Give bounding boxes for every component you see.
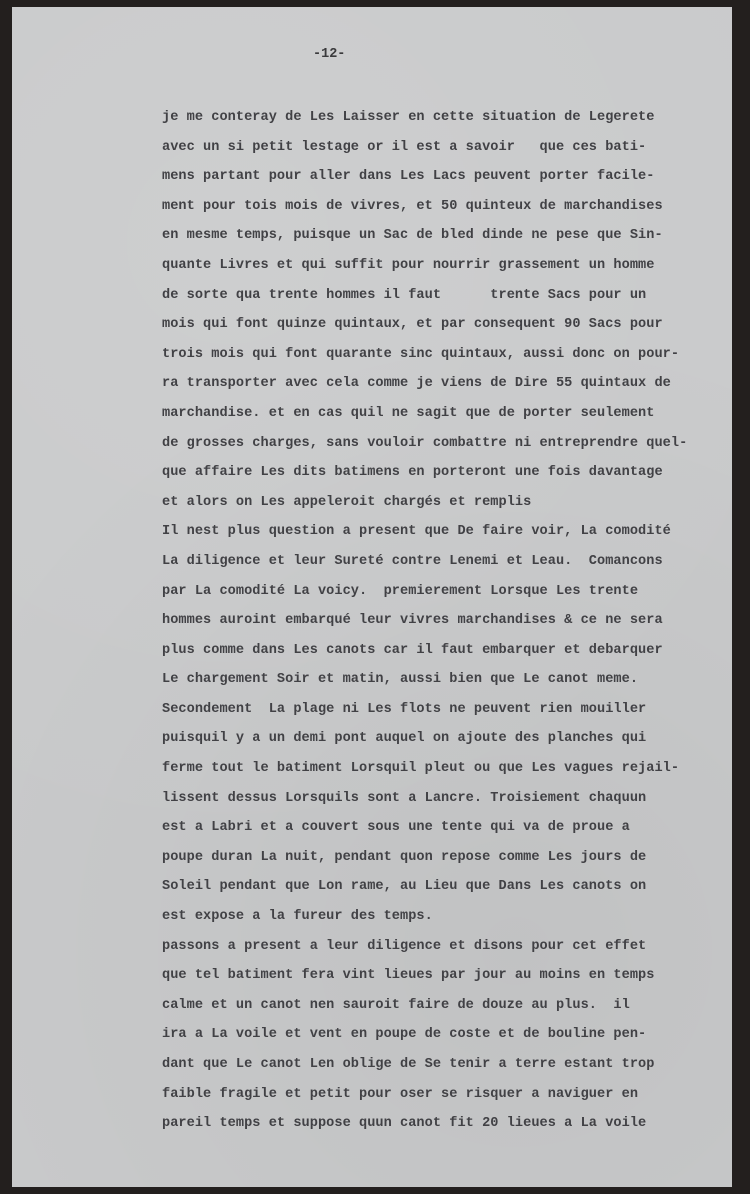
text-line: Il nest plus question a present que De f…	[162, 522, 732, 552]
text-line: lissent dessus Lorsquils sont a Lancre. …	[162, 789, 732, 819]
text-line: quante Livres et qui suffit pour nourrir…	[162, 256, 732, 286]
text-line: est a Labri et a couvert sous une tente …	[162, 818, 732, 848]
text-line: poupe duran La nuit, pendant quon repose…	[162, 848, 732, 878]
text-line: La diligence et leur Sureté contre Lenem…	[162, 552, 732, 582]
bleed-through-mark: ​	[281, 37, 283, 77]
text-line: passons a present a leur diligence et di…	[162, 937, 732, 967]
text-line: faible fragile et petit pour oser se ris…	[162, 1085, 732, 1115]
text-line: hommes auroint embarqué leur vivres marc…	[162, 611, 732, 641]
text-line: que affaire Les dits batimens en portero…	[162, 463, 732, 493]
text-line: ment pour tois mois de vivres, et 50 qui…	[162, 197, 732, 227]
text-line: mens partant pour aller dans Les Lacs pe…	[162, 167, 732, 197]
text-line: Le chargement Soir et matin, aussi bien …	[162, 670, 732, 700]
text-line: trois mois qui font quarante sinc quinta…	[162, 345, 732, 375]
text-line: Secondement La plage ni Les flots ne peu…	[162, 700, 732, 730]
text-line: puisquil y a un demi pont auquel on ajou…	[162, 729, 732, 759]
text-line: plus comme dans Les canots car il faut e…	[162, 641, 732, 671]
text-line: pareil temps et suppose quun canot fit 2…	[162, 1114, 732, 1144]
text-line: que tel batiment fera vint lieues par jo…	[162, 966, 732, 996]
text-line: par La comodité La voicy. premierement L…	[162, 582, 732, 612]
text-line: de sorte qua trente hommes il faut trent…	[162, 286, 732, 316]
text-line: et alors on Les appeleroit chargés et re…	[162, 493, 732, 523]
text-line: en mesme temps, puisque un Sac de bled d…	[162, 226, 732, 256]
text-line: avec un si petit lestage or il est a sav…	[162, 138, 732, 168]
text-line: Soleil pendant que Lon rame, au Lieu que…	[162, 877, 732, 907]
text-line: je me conteray de Les Laisser en cette s…	[162, 108, 732, 138]
typed-body-text: je me conteray de Les Laisser en cette s…	[162, 108, 732, 1144]
text-line: marchandise. et en cas quil ne sagit que…	[162, 404, 732, 434]
text-line: calme et un canot nen sauroit faire de d…	[162, 996, 732, 1026]
text-line: ferme tout le batiment Lorsquil pleut ou…	[162, 759, 732, 789]
scanned-page: ​ -12- je me conteray de Les Laisser en …	[0, 0, 750, 1194]
text-line: de grosses charges, sans vouloir combatt…	[162, 434, 732, 464]
text-line: ira a La voile et vent en poupe de coste…	[162, 1025, 732, 1055]
page-number: -12-	[313, 47, 345, 62]
text-line: est expose a la fureur des temps.	[162, 907, 732, 937]
text-line: dant que Le canot Len oblige de Se tenir…	[162, 1055, 732, 1085]
text-line: ra transporter avec cela comme je viens …	[162, 374, 732, 404]
text-line: mois qui font quinze quintaux, et par co…	[162, 315, 732, 345]
